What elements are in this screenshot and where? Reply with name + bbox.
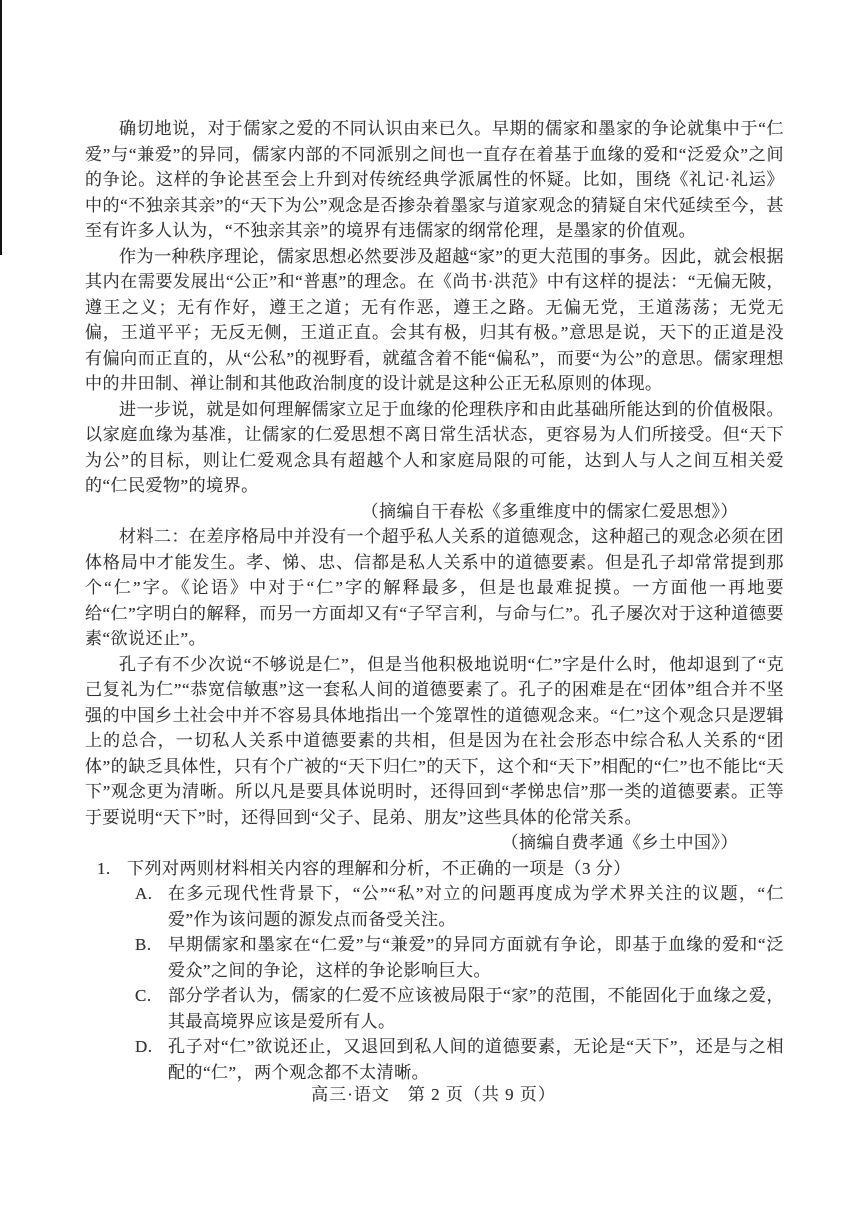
question-1-option-a: A. 在多元现代性背景下，“公”“私”对立的问题再度成为学术界关注的议题，“仁爱… (135, 881, 784, 932)
material-one-paragraph: 进一步说，就是如何理解儒家立足于血缘的伦理秩序和由此基础所能达到的价值极限。以家… (85, 397, 784, 499)
option-label: A. (135, 881, 168, 932)
option-text: 早期儒家和墨家在“仁爱”与“兼爱”的异同方面就有争论，即基于血缘的爱和“泛爱众”… (168, 932, 784, 983)
material-two-citation: （摘编自费孝通《乡土中国》） (85, 830, 784, 856)
question-1: 1. 下列对两则材料相关内容的理解和分析，不正确的一项是（3 分） (97, 856, 784, 882)
option-text: 在多元现代性背景下，“公”“私”对立的问题再度成为学术界关注的议题，“仁爱”作为… (168, 881, 784, 932)
question-1-option-b: B. 早期儒家和墨家在“仁爱”与“兼爱”的异同方面就有争论，即基于血缘的爱和“泛… (135, 932, 784, 983)
scan-edge-artifact (0, 0, 2, 255)
question-stem-text: 下列对两则材料相关内容的理解和分析，不正确的一项是（3 分） (127, 856, 784, 882)
exam-page: 确切地说，对于儒家之爱的不同认识由来已久。早期的儒家和墨家的争论就集中于“仁爱”… (0, 0, 867, 1226)
option-label: D. (135, 1034, 168, 1085)
question-number: 1. (97, 856, 127, 882)
material-two-paragraph: 材料二：在差序格局中并没有一个超乎私人关系的道德观念，这种超己的观念必须在团体格… (85, 524, 784, 652)
material-one-citation: （摘编自干春松《多重维度中的儒家仁爱思想》） (85, 499, 784, 525)
page-footer: 高三·语文 第 2 页（共 9 页） (0, 1080, 867, 1105)
exam-content: 确切地说，对于儒家之爱的不同认识由来已久。早期的儒家和墨家的争论就集中于“仁爱”… (85, 116, 784, 1085)
material-one-paragraph: 确切地说，对于儒家之爱的不同认识由来已久。早期的儒家和墨家的争论就集中于“仁爱”… (85, 116, 784, 244)
question-1-option-c: C. 部分学者认为，儒家的仁爱不应该被局限于“家”的范围，不能固化于血缘之爱，其… (135, 983, 784, 1034)
material-one-paragraph: 作为一种秩序理论，儒家思想必然要涉及超越“家”的更大范围的事务。因此，就会根据其… (85, 244, 784, 397)
option-text: 孔子对“仁”欲说还止，又退回到私人间的道德要素，无论是“天下”，还是与之相配的“… (168, 1034, 784, 1085)
option-label: B. (135, 932, 168, 983)
option-label: C. (135, 983, 168, 1034)
material-two-paragraph: 孔子有不少次说“不够说是仁”，但是当他积极地说明“仁”字是什么时，他却退到了“克… (85, 652, 784, 831)
option-text: 部分学者认为，儒家的仁爱不应该被局限于“家”的范围，不能固化于血缘之爱，其最高境… (168, 983, 784, 1034)
question-1-option-d: D. 孔子对“仁”欲说还止，又退回到私人间的道德要素，无论是“天下”，还是与之相… (135, 1034, 784, 1085)
